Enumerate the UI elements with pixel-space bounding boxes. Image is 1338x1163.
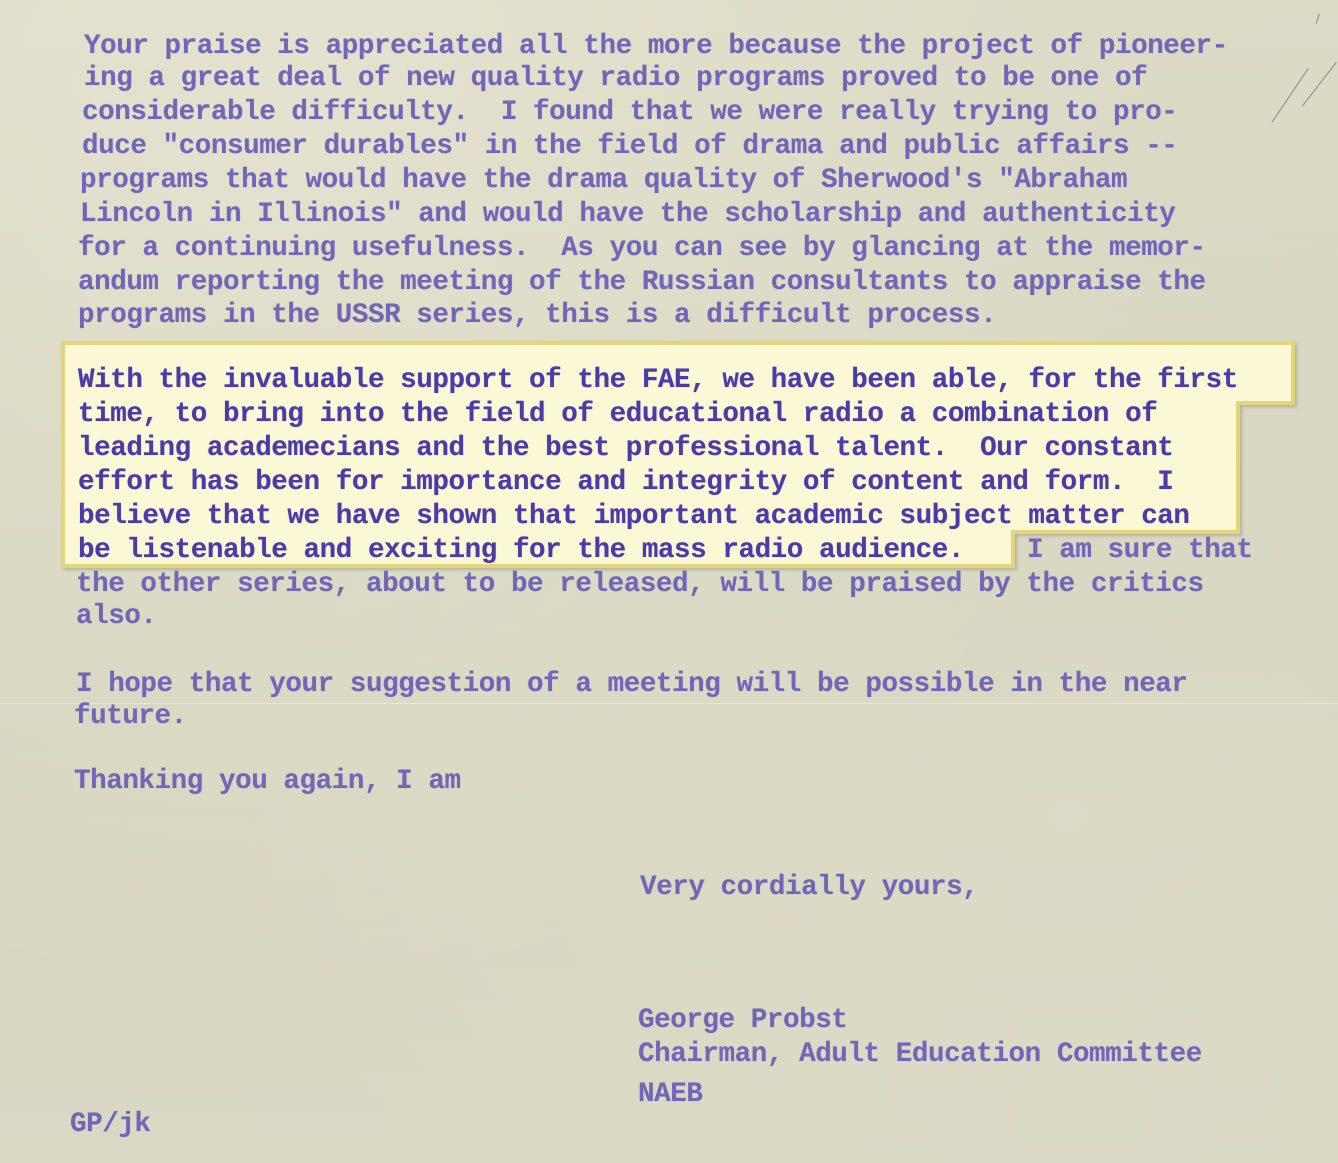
- highlighted-text-line: be listenable and exciting for the mass …: [78, 534, 964, 567]
- text-line: future.: [74, 700, 187, 733]
- text-line: programs that would have the drama quali…: [80, 164, 1127, 197]
- text-line: considerable difficulty. I found that we…: [82, 96, 1177, 129]
- highlighted-text-line: believe that we have shown that importan…: [78, 500, 1190, 533]
- text-line: I hope that your suggestion of a meeting…: [76, 668, 1188, 701]
- closing-line: Thanking you again, I am: [74, 765, 461, 798]
- paper-fold-crease: [0, 703, 1338, 706]
- text-line: also.: [76, 600, 157, 633]
- text-line: andum reporting the meeting of the Russi…: [78, 266, 1206, 299]
- valediction: Very cordially yours,: [640, 871, 978, 904]
- letter-page: Your praise is appreciated all the more …: [0, 0, 1338, 1163]
- signatory-organization: NAEB: [638, 1078, 702, 1111]
- highlighted-text-line: With the invaluable support of the FAE, …: [78, 364, 1238, 397]
- text-line: ing a great deal of new quality radio pr…: [84, 62, 1147, 95]
- text-line: for a continuing usefulness. As you can …: [78, 232, 1206, 265]
- reference-initials: GP/jk: [70, 1108, 151, 1141]
- highlighted-text-line: leading academecians and the best profes…: [78, 432, 1173, 465]
- text-line: I am sure that: [1027, 534, 1253, 567]
- text-line: the other series, about to be released, …: [76, 568, 1204, 601]
- text-line: duce "consumer durables" in the field of…: [82, 130, 1177, 163]
- highlighted-text-line: effort has been for importance and integ…: [78, 466, 1173, 499]
- text-line: Your praise is appreciated all the more …: [84, 30, 1228, 63]
- signatory-name: George Probst: [638, 1004, 847, 1037]
- signatory-title: Chairman, Adult Education Committee: [638, 1038, 1202, 1071]
- text-line: programs in the USSR series, this is a d…: [78, 299, 996, 332]
- highlighted-text-line: time, to bring into the field of educati…: [78, 398, 1157, 431]
- pencil-mark: [1316, 14, 1320, 24]
- pencil-mark: [1272, 68, 1309, 122]
- text-line: Lincoln in Illinois" and would have the …: [80, 198, 1175, 231]
